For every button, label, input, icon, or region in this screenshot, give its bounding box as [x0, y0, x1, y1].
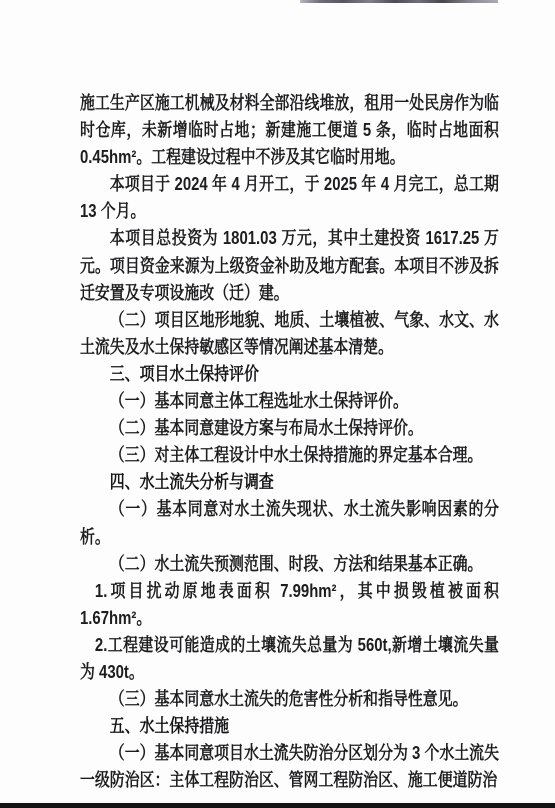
section-heading: 三、项目水土保持评价 — [80, 361, 499, 388]
paragraph: （二）基本同意建设方案与布局水土保持评价。 — [80, 415, 499, 442]
scan-artifact-bottom — [0, 803, 555, 808]
paragraph: （二）项目区地形地貌、地质、土壤植被、气象、水文、水土流失及水土保持敏感区等情况… — [80, 307, 499, 361]
scanned-document-page: 施工生产区施工机械及材料全部沿线堆放，租用一处民房作为临时仓库，未新增临时占地；… — [0, 0, 555, 808]
paragraph: 本项目总投资为 1801.03 万元，其中土建投资 1617.25 万元。项目资… — [80, 225, 499, 306]
page-number: 3 — [0, 740, 555, 755]
paragraph: （二）水土流失预测范围、时段、方法和结果基本正确。 — [80, 551, 499, 578]
paragraph: 2.工程建设可能造成的土壤流失总量为 560t,新增土壤流失量为 430t。 — [80, 632, 499, 686]
scan-artifact-top — [300, 0, 498, 3]
paragraph: 施工生产区施工机械及材料全部沿线堆放，租用一处民房作为临时仓库，未新增临时占地；… — [80, 90, 499, 171]
paragraph: （三）基本同意水土流失的危害性分析和指导性意见。 — [80, 686, 499, 713]
paragraph: （一）基本同意对水土流失现状、水土流失影响因素的分析。 — [80, 496, 499, 550]
section-heading: 五、水土保持措施 — [80, 713, 499, 740]
paragraph: （一）基本同意主体工程选址水土保持评价。 — [80, 388, 499, 415]
document-body: 施工生产区施工机械及材料全部沿线堆放，租用一处民房作为临时仓库，未新增临时占地；… — [80, 90, 499, 794]
paragraph: （三）对主体工程设计中水土保持措施的界定基本合理。 — [80, 442, 499, 469]
paragraph: 本项目于 2024 年 4 月开工，于 2025 年 4 月完工，总工期 13 … — [80, 171, 499, 225]
paragraph: 1.项目扰动原地表面积 7.99hm²，其中损毁植被面积 1.67hm²。 — [80, 578, 499, 632]
section-heading: 四、水土流失分析与调查 — [80, 469, 499, 496]
